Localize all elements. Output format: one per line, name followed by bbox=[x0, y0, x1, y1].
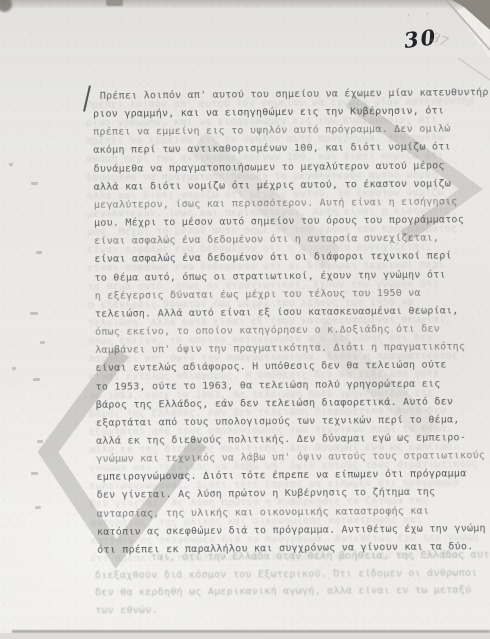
margin-smudge bbox=[36, 251, 42, 254]
edge-speck bbox=[9, 163, 13, 166]
margin-smudge bbox=[30, 312, 38, 315]
margin-smudge bbox=[40, 341, 45, 344]
page-bottom-edge bbox=[0, 633, 490, 639]
margin-smudge bbox=[31, 182, 38, 185]
bleed-line: ται, ότι την Ελλάδα όταν θέλη βοήθεια, τ… bbox=[95, 547, 487, 567]
bleed-through-text: ται, ότι την Ελλάδα όταν θέλη βοήθεια, τ… bbox=[95, 547, 487, 620]
scanned-document-page: ʼ ʼ 30 37 Πρέπει λοιπόν απ' αυτού του ση… bbox=[0, 0, 490, 639]
top-edge-smudge bbox=[106, 0, 123, 6]
tiny-pencil-marks: ʼ ʼ bbox=[406, 12, 435, 24]
margin-smudge bbox=[33, 378, 40, 381]
edge-speck bbox=[12, 367, 16, 370]
bleed-line: των εθνών. bbox=[95, 599, 487, 619]
fold-shadow-line-2 bbox=[458, 58, 490, 80]
bleed-line: δεν θα κερδηθή ως Αμερικανική αγωγή, αλλ… bbox=[95, 582, 487, 602]
margin-smudge bbox=[37, 440, 43, 443]
scan-corner-blotch bbox=[0, 0, 12, 12]
margin-smudge bbox=[35, 506, 41, 509]
scan-top-shadow bbox=[0, 0, 490, 9]
margin-smudge bbox=[31, 472, 38, 475]
typed-text: Πρέπει λοιπόν απ' αυτού του σημείου να έ… bbox=[93, 84, 490, 560]
